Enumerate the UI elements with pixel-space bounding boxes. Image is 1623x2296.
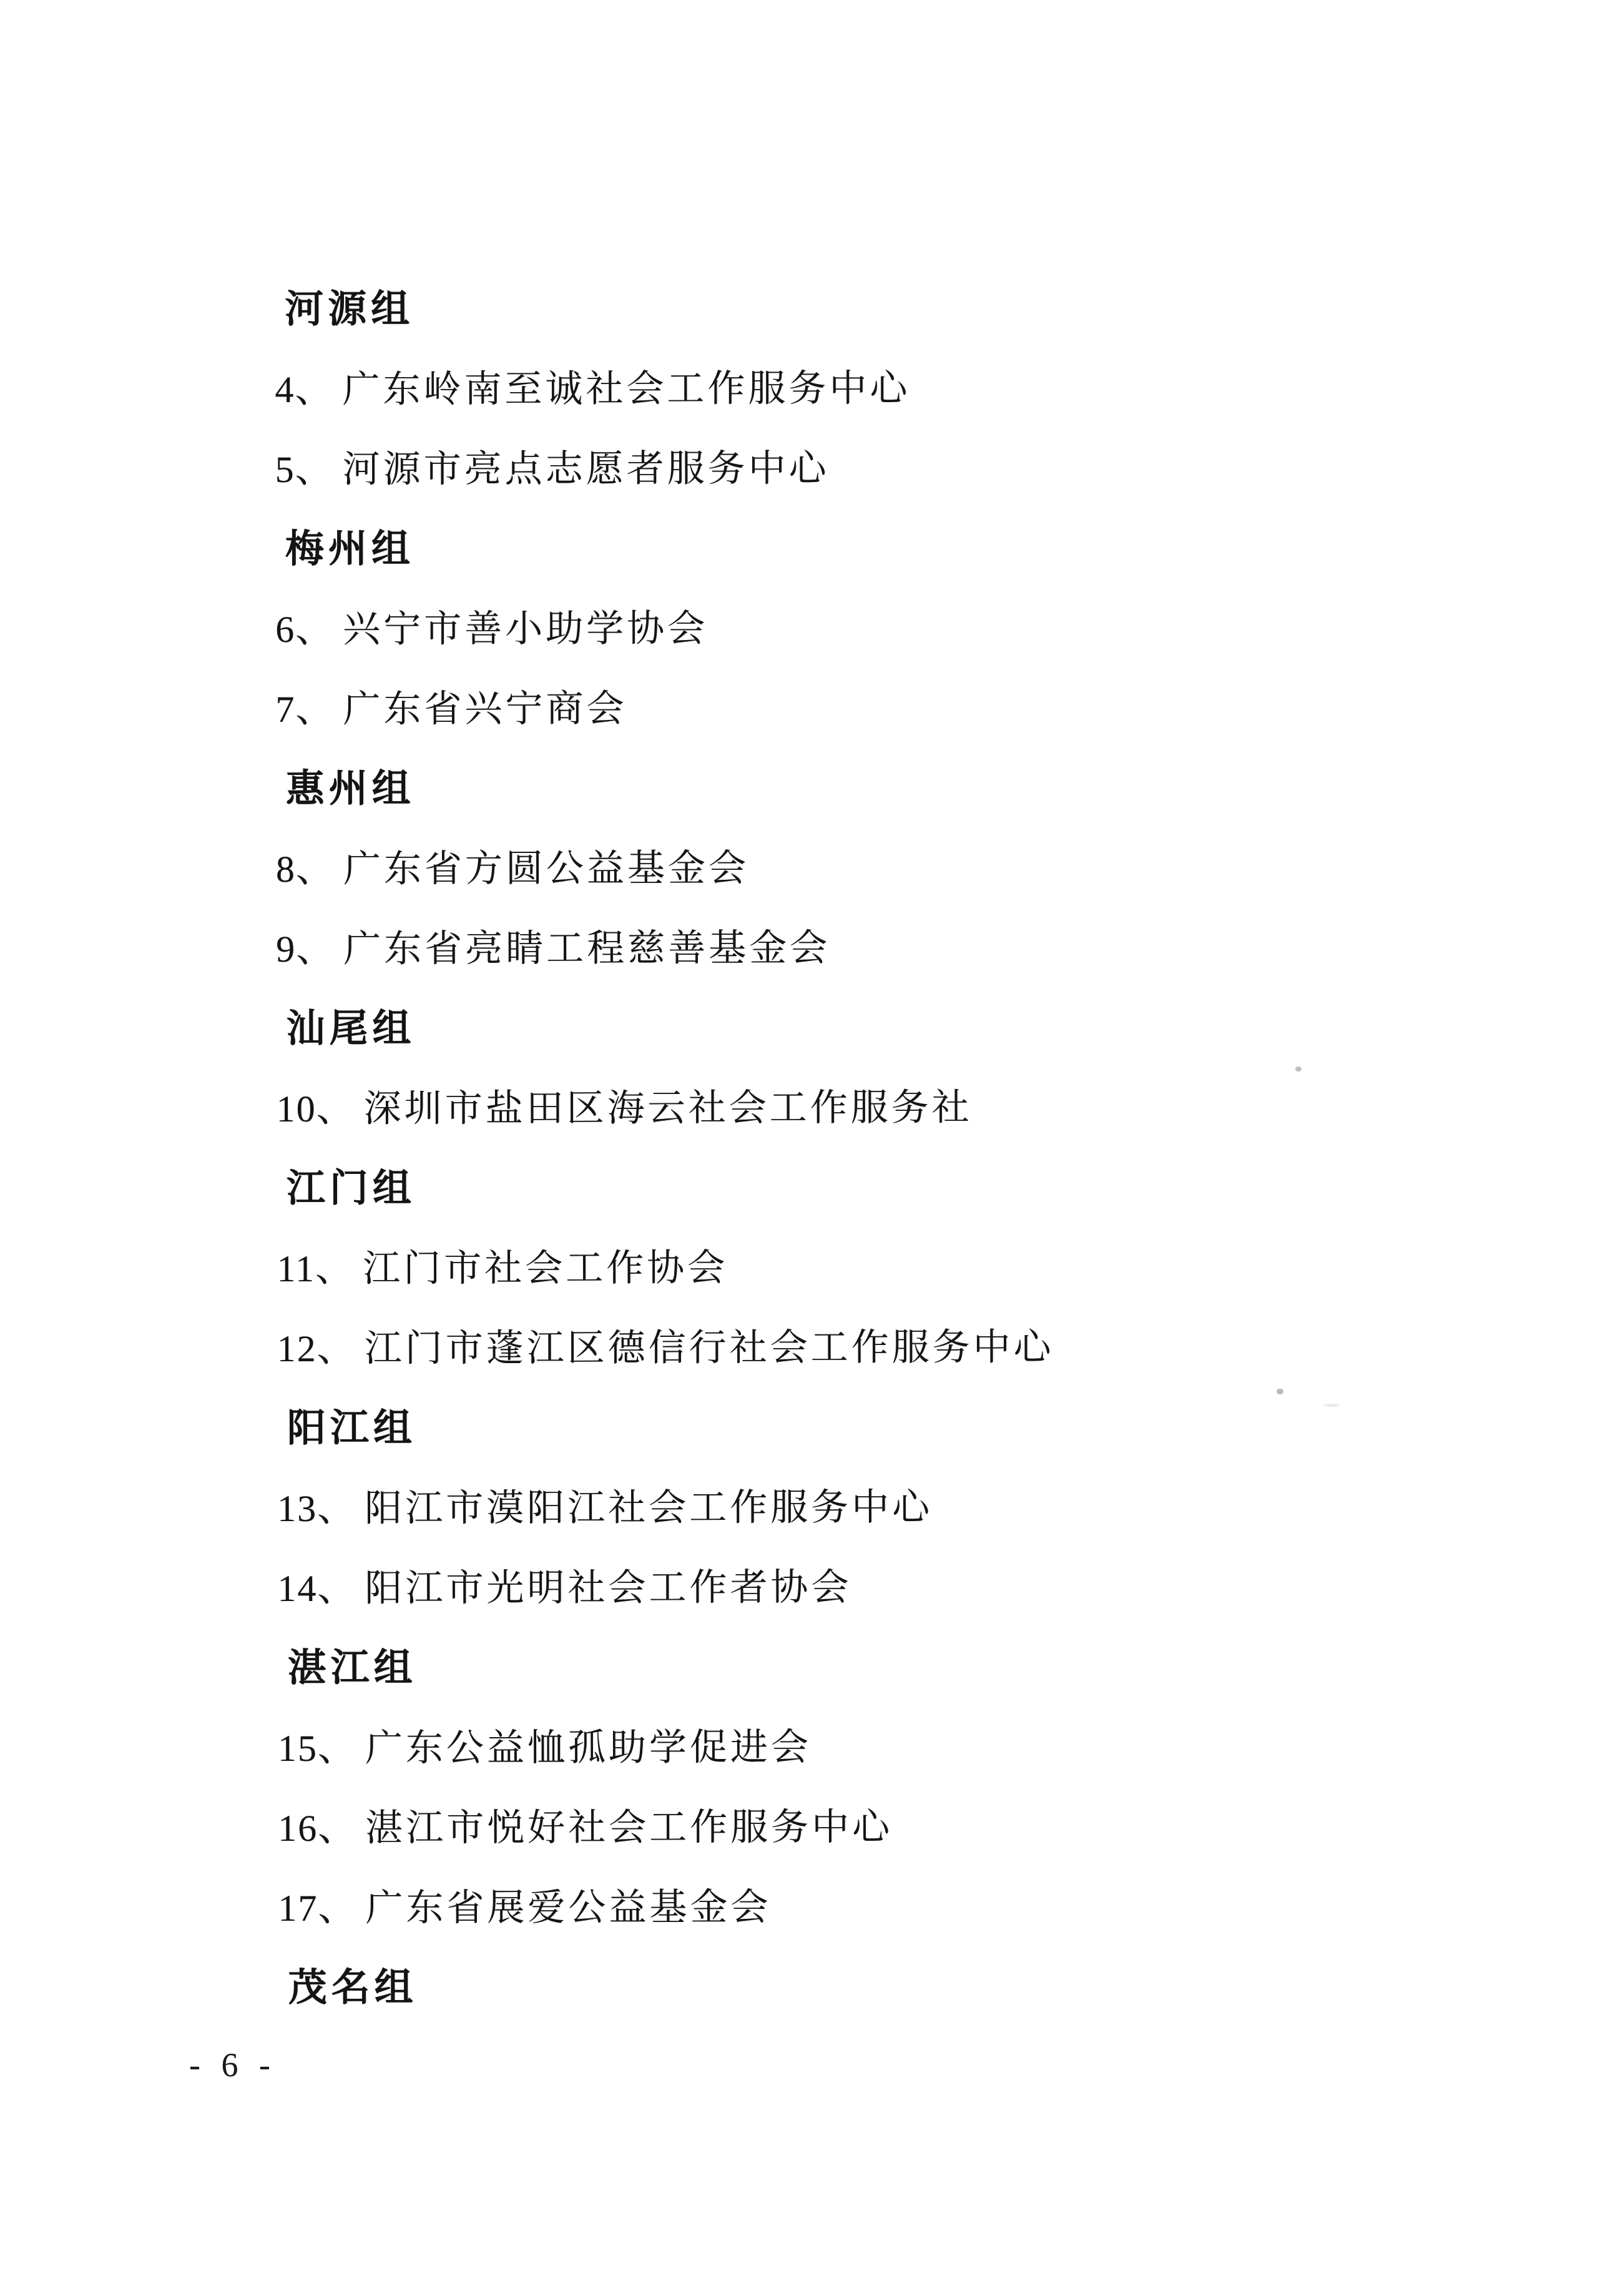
item-number: 10、 — [277, 1088, 355, 1130]
org-list-item: 8、广东省方圆公益基金会 — [276, 827, 1053, 909]
org-name: 阳江市漠阳江社会工作服务中心 — [365, 1487, 933, 1529]
item-number: 14、 — [277, 1568, 356, 1609]
org-name: 广东省方圆公益基金会 — [343, 847, 749, 889]
org-list-item: 4、广东岭南至诚社会工作服务中心 — [275, 348, 1052, 430]
item-number: 17、 — [278, 1888, 356, 1929]
org-name: 广东公益恤孤助学促进会 — [365, 1727, 811, 1768]
org-list-item: 17、广东省展爱公益基金会 — [278, 1866, 1055, 1948]
org-name: 广东省亮睛工程慈善基金会 — [343, 927, 830, 970]
item-number: 13、 — [277, 1488, 356, 1529]
org-list-item: 11、江门市社会工作协会 — [277, 1227, 1054, 1309]
group-heading: 茂名组 — [288, 1946, 1056, 2028]
item-number: 5、 — [275, 449, 334, 490]
scan-speck — [1323, 1404, 1340, 1407]
org-name: 兴宁市善小助学协会 — [343, 608, 708, 650]
group-heading: 江门组 — [287, 1147, 1054, 1229]
group-heading: 梅州组 — [285, 508, 1052, 589]
org-list-item: 15、广东公益恤孤助学促进会 — [278, 1707, 1055, 1788]
item-number: 12、 — [277, 1328, 356, 1369]
group-heading: 惠州组 — [286, 747, 1053, 829]
scan-speck — [1277, 1389, 1283, 1394]
org-name: 广东省兴宁商会 — [343, 688, 627, 730]
org-name: 江门市蓬江区德信行社会工作服务中心 — [365, 1326, 1054, 1369]
org-name: 广东岭南至诚社会工作服务中心 — [342, 368, 910, 410]
item-number: 6、 — [275, 609, 334, 650]
org-list-item: 16、湛江市悦好社会工作服务中心 — [278, 1786, 1055, 1868]
item-number: 15、 — [278, 1728, 356, 1769]
organization-list: 河源组4、广东岭南至诚社会工作服务中心5、河源市亮点志愿者服务中心梅州组6、兴宁… — [275, 268, 1056, 2028]
org-list-item: 7、广东省兴宁商会 — [275, 668, 1052, 749]
scan-speck — [1295, 1067, 1302, 1072]
org-name: 阳江市光明社会工作者协会 — [365, 1567, 851, 1609]
org-name: 河源市亮点志愿者服务中心 — [343, 448, 830, 490]
org-list-item: 13、阳江市漠阳江社会工作服务中心 — [277, 1467, 1054, 1549]
group-heading: 阳江组 — [287, 1387, 1054, 1469]
item-number: 9、 — [276, 929, 335, 970]
scanned-document-page: { "colors": { "paper": "#ffffff", "ink":… — [0, 0, 1623, 2296]
item-number: 4、 — [275, 369, 333, 410]
item-number: 7、 — [275, 689, 334, 730]
org-list-item: 6、兴宁市善小助学协会 — [275, 588, 1052, 669]
group-heading: 河源组 — [285, 268, 1052, 350]
org-list-item: 10、深圳市盐田区海云社会工作服务社 — [277, 1067, 1054, 1149]
item-number: 11、 — [277, 1248, 354, 1289]
item-number: 16、 — [278, 1808, 356, 1849]
org-name: 广东省展爱公益基金会 — [365, 1886, 771, 1928]
org-name: 江门市社会工作协会 — [363, 1247, 728, 1289]
page-number: - 6 - — [189, 2043, 277, 2087]
org-list-item: 14、阳江市光明社会工作者协会 — [277, 1547, 1054, 1628]
item-number: 8、 — [276, 849, 335, 890]
org-name: 深圳市盐田区海云社会工作服务社 — [364, 1087, 973, 1130]
org-list-item: 5、河源市亮点志愿者服务中心 — [275, 428, 1052, 510]
org-name: 湛江市悦好社会工作服务中心 — [365, 1806, 893, 1849]
org-list-item: 12、江门市蓬江区德信行社会工作服务中心 — [277, 1307, 1054, 1389]
group-heading: 汕尾组 — [286, 987, 1053, 1069]
org-list-item: 9、广东省亮睛工程慈善基金会 — [276, 907, 1053, 989]
group-heading: 湛江组 — [288, 1627, 1055, 1708]
